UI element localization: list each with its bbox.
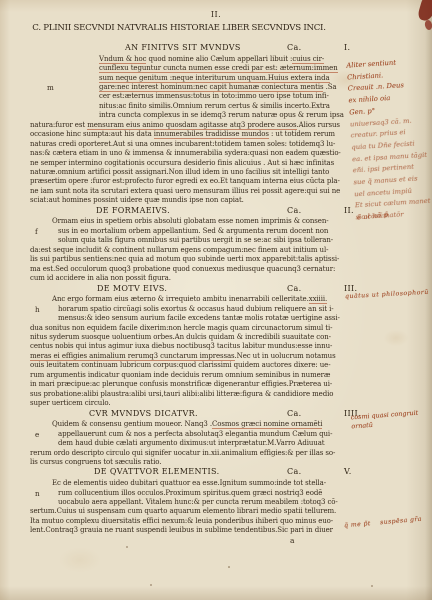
text-line: lis cursus congruens tot sæculis ratio. [30, 458, 364, 467]
text-line: sus probatione:alibi plaustra:alibi ursi… [30, 390, 364, 399]
text-line: Ec de elementis uideo dubitari quattuor … [30, 479, 364, 488]
text-line: meras ei effigies animalium rerumq3 cunc… [30, 352, 364, 361]
text-line: cer est:æternus immensus:totus in toto:i… [30, 92, 364, 101]
chapter-heading: CVR MVNDVS DICATVR.Ca.IIII. [30, 409, 364, 418]
text-line: lis sui partibus sentiens:nec quia ad mo… [30, 255, 364, 264]
text-line: mgare:nec interest hominum:nec capit hum… [30, 83, 364, 92]
text-line: ne semper intermino cogitationis occursu… [30, 159, 364, 168]
text-line: rum argumentis indicatur quoniam inde de… [30, 371, 364, 380]
chapter-heading: DE QVATTVOR ELEMENTIS.Ca.V. [30, 467, 364, 476]
chapter-ca-label: Ca. [287, 409, 301, 418]
text-line: nitus:ac finito similis.Omnium rerum cer… [30, 102, 364, 111]
red-underline: sum neque genitum :neque interiturum unq… [99, 74, 330, 83]
folio-number: II. [0, 10, 432, 19]
red-underline: Cosmos græci nomine ornamēti [212, 420, 322, 429]
paper-speck [150, 584, 152, 586]
text-line: dua sonitus non equidem facile dixerim:n… [30, 324, 364, 333]
text-line: Quidem & consensu gentium moueor. Nanq3 … [30, 420, 364, 429]
text-line: fsus in eo mortalium orbem appellantium.… [30, 227, 364, 236]
text-line: rerum ordo descripto circulo qui signife… [30, 449, 364, 458]
red-underline: innumerabiles tradidisse mundos [154, 130, 269, 139]
text-line: centus nobis qui intus agimur iuxa diebu… [30, 342, 364, 351]
text-line: solum quia talis figura omnibus sui part… [30, 236, 364, 245]
text-line: intra cuncta complexus in se idemq3 reru… [30, 111, 364, 120]
text-line: cum id accidere in alia non possit figur… [30, 274, 364, 283]
chapter-number: II. [344, 206, 354, 215]
text-line: natura:furor est mensuram eius animo quo… [30, 121, 364, 130]
paper-speck [228, 566, 230, 568]
text-line: da:est seque includit & continent nullar… [30, 246, 364, 255]
text-line: naturas credi oporteret.Aut si una omnes… [30, 140, 364, 149]
rubricator-guide-letter: m [47, 83, 54, 92]
red-underline: cuius cir- [292, 55, 324, 64]
text-line: sum neque genitum :neque interiturum unq… [30, 74, 364, 83]
text-line: lent.Contraq3 grauia ne ruant suspendi l… [30, 526, 364, 535]
text-line: mensus:& ideo sensum aurium facile exced… [30, 314, 364, 323]
text-line: occasione hinc sumpta:aut his data innum… [30, 130, 364, 139]
chapter-number: III. [344, 284, 357, 293]
marginal-note: cosmi quasi congruitornatū [350, 409, 419, 431]
rubricator-guide-letter: n [35, 489, 40, 498]
text-line: sciat:aut homines possint uidere quæ mun… [30, 196, 364, 205]
text-line: eappellauerunt cum & nos a perfecta abso… [30, 430, 364, 439]
paper-speck [371, 585, 373, 587]
text-line: nrum collucentium illos occulos.Proximum… [30, 489, 364, 498]
text-line: Vndum & hoc quod nomine alio Cælum appel… [30, 55, 364, 64]
red-underline: cunflexu teguntur cuncta numen esse cred… [99, 64, 338, 73]
red-underline: xxiiii. [309, 295, 327, 304]
text-line: super uerticem circulo. [30, 399, 364, 408]
chapter-heading-label: DE QVATTVOR ELEMENTIS. [94, 467, 219, 476]
text-line: cunflexu teguntur cuncta numen esse cred… [30, 64, 364, 73]
text-line: nitus syderum suosque uoluentium orbes.A… [30, 333, 364, 342]
chapter-heading-label: DE FORMAEIVS. [96, 206, 170, 215]
chapter-ca-label: Ca. [287, 467, 301, 476]
paper-speck [126, 546, 128, 548]
text-line: ouis leuitatem continuam lubricum corpus… [30, 361, 364, 370]
text-line: præsertim opere :furor est:profecto furo… [30, 177, 364, 186]
page-title: C. PLINII SECVNDI NATVRALIS HISTORIAE LI… [8, 23, 350, 33]
red-corner-mark [424, 19, 432, 30]
red-underline: meras ei effigies animalium rerumq3 cunc… [30, 352, 235, 361]
chapter-number: I. [344, 43, 350, 52]
chapter-heading-label: AN FINITVS SIT MVNDVS [125, 43, 241, 52]
text-line: ma est.Sed occulorum quoq3 probatione qu… [30, 265, 364, 274]
text-line: Ormam eius in spetiem orbis absoluti glo… [30, 217, 364, 226]
text-line: dem haud dubie cælati argumento diximus:… [30, 439, 364, 448]
chapter-ca-label: Ca. [287, 206, 301, 215]
red-underline: Vndum & hoc [99, 55, 146, 64]
text-line: nas:& cætera etiam in uno & immensa & in… [30, 149, 364, 158]
chapter-number: V. [344, 467, 352, 476]
text-line: hhorarum spatio circūagi solis exortus &… [30, 305, 364, 314]
red-underline: gare:nec interest hominum:nec capit huma… [99, 83, 323, 92]
rubricator-guide-letter: f [35, 227, 38, 236]
red-underline: mensuram eius animo quosdam agitasse atq… [87, 121, 296, 130]
marginal-note: Aliter sentiuntChristiani.Creauit .n. De… [346, 56, 432, 224]
chapter-heading: DE MOTV EIVS.Ca.III. [30, 284, 364, 293]
rubricator-guide-letter: h [35, 305, 40, 314]
text-line: uocabulo aera appellant. Vitalem hunc:& … [30, 498, 364, 507]
chapter-heading-label: CVR MVNDVS DICATVR. [89, 409, 198, 418]
red-corner-mark [417, 0, 432, 23]
chapter-heading: DE FORMAEIVS.Ca.II. [30, 206, 364, 215]
text-line: Ita mutuo complexu diuersitatis effici n… [30, 517, 364, 526]
book-page-photo: { "page": { "folio": "II.", "title": "C.… [0, 0, 432, 600]
rubricator-guide-letter: e [35, 430, 39, 439]
chapter-ca-label: Ca. [287, 43, 301, 52]
text-block: AN FINITVS SIT MVNDVSCa.I.Vndum & hoc qu… [30, 43, 364, 546]
text-line: ne iam sunt nota ita scrutari extera qua… [30, 187, 364, 196]
chapter-heading-label: DE MOTV EIVS. [97, 284, 167, 293]
chapter-heading: AN FINITVS SIT MVNDVSCa.I. [30, 43, 364, 52]
chapter-ca-label: Ca. [287, 284, 301, 293]
text-line: sertum.Cuius ui suspensam cum quarto aqu… [30, 507, 364, 516]
text-line: Anc ergo formam eius æterno & irrequieto… [30, 295, 364, 304]
text-line: naturæ.omnium artifici possit assignari.… [30, 168, 364, 177]
signature-mark: a [290, 536, 364, 545]
text-line: in mari præcipue:ac plerunque confusis m… [30, 380, 364, 389]
